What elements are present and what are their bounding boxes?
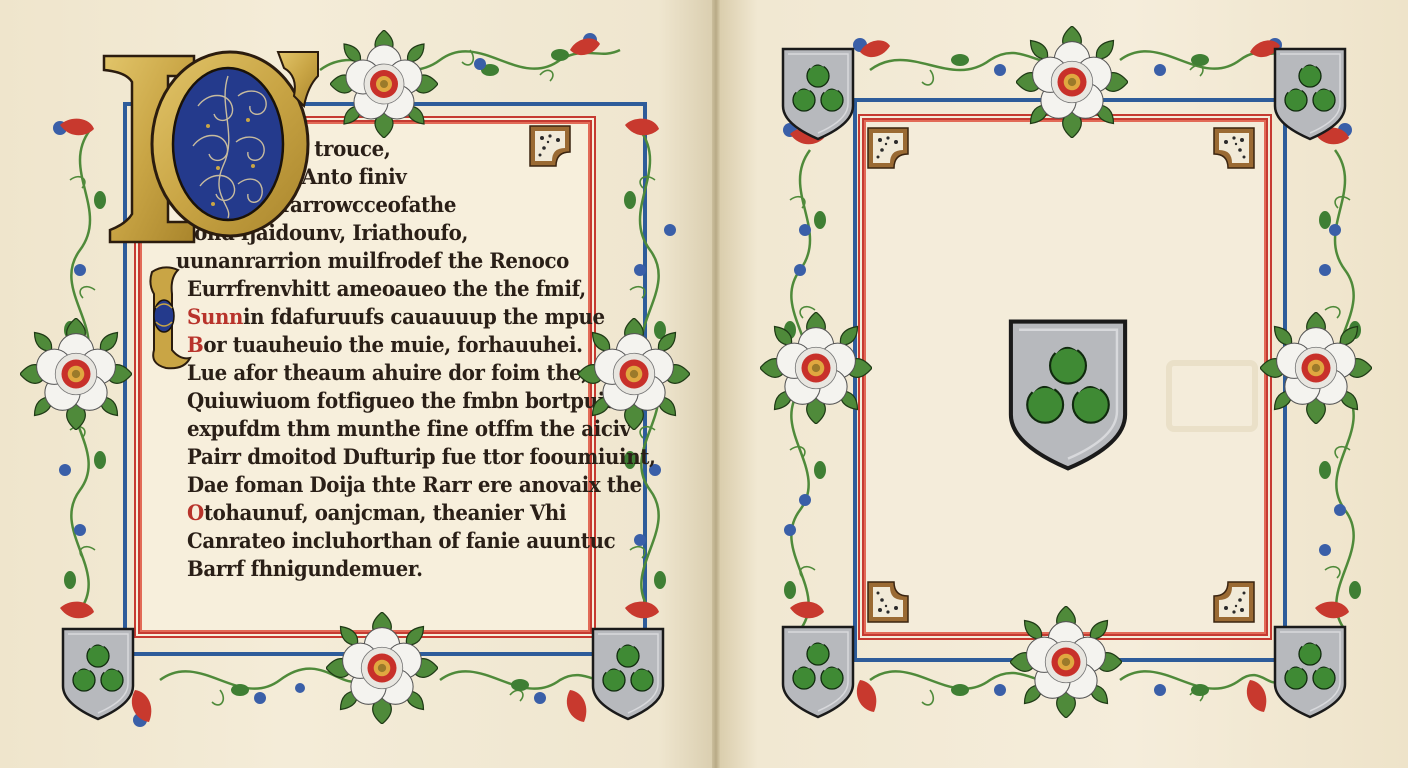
tudor-rose-icon <box>760 312 872 424</box>
text-line-9: Lue afor theaum ahuire dor foim the, <box>176 360 562 388</box>
text-line-5: uunanrarrion muilfrodef the Renoco <box>176 248 562 276</box>
book-gutter <box>712 0 720 768</box>
illuminated-initial-d-icon <box>98 46 330 252</box>
text-line-15: Canrateo incluhorthan of fanie auuntuc <box>176 528 562 556</box>
heraldic-shield-icon <box>60 626 136 722</box>
text-line-6: Eurrfrenvhitt ameoaueo the the fmif, <box>176 276 562 304</box>
text-line-16: Barrf fhnigundemuer. <box>176 556 562 584</box>
tudor-rose-icon <box>1010 606 1122 718</box>
manuscript-text-lower: uunanrarrion muilfrodef the Renoco Eurrf… <box>176 248 562 584</box>
heraldic-shield-icon <box>590 626 666 722</box>
tudor-rose-icon <box>20 318 132 430</box>
text-line-11: expufdm thm munthe fine otffm the aiciv <box>176 416 562 444</box>
text-line-12: Pairr dmoitod Dufturip fue ttor fooumiui… <box>176 444 562 472</box>
tudor-rose-icon <box>1016 26 1128 138</box>
illuminated-initial-l-icon <box>144 264 192 372</box>
corner-ornament-icon <box>1212 580 1256 624</box>
heraldic-shield-icon <box>780 624 856 720</box>
text-line-10: Quiuwiuom fotfigueo the fmbn bortpuit <box>176 388 562 416</box>
heraldic-shield-icon <box>780 46 856 142</box>
show-through-text <box>1166 360 1258 432</box>
heraldic-shield-icon <box>1272 46 1348 142</box>
tudor-rose-icon <box>326 612 438 724</box>
corner-ornament-icon <box>1212 126 1256 170</box>
corner-ornament-icon <box>866 580 910 624</box>
heraldic-shield-icon <box>1272 624 1348 720</box>
central-coat-of-arms-icon <box>1006 314 1130 476</box>
tudor-rose-icon <box>330 30 438 138</box>
text-line-14: Otohaunuf, oanjcman, theanier Vhi <box>176 500 562 528</box>
text-line-8: Bor tuauheuio the muie, forhauuhei. <box>176 332 562 360</box>
tudor-rose-icon <box>578 318 690 430</box>
text-line-13: Dae foman Doija thte Rarr ere anovaix th… <box>176 472 562 500</box>
tudor-rose-icon <box>1260 312 1372 424</box>
corner-ornament-icon <box>866 126 910 170</box>
text-line-7: Sunnin fdafuruufs cauauuup the mpue <box>176 304 562 332</box>
